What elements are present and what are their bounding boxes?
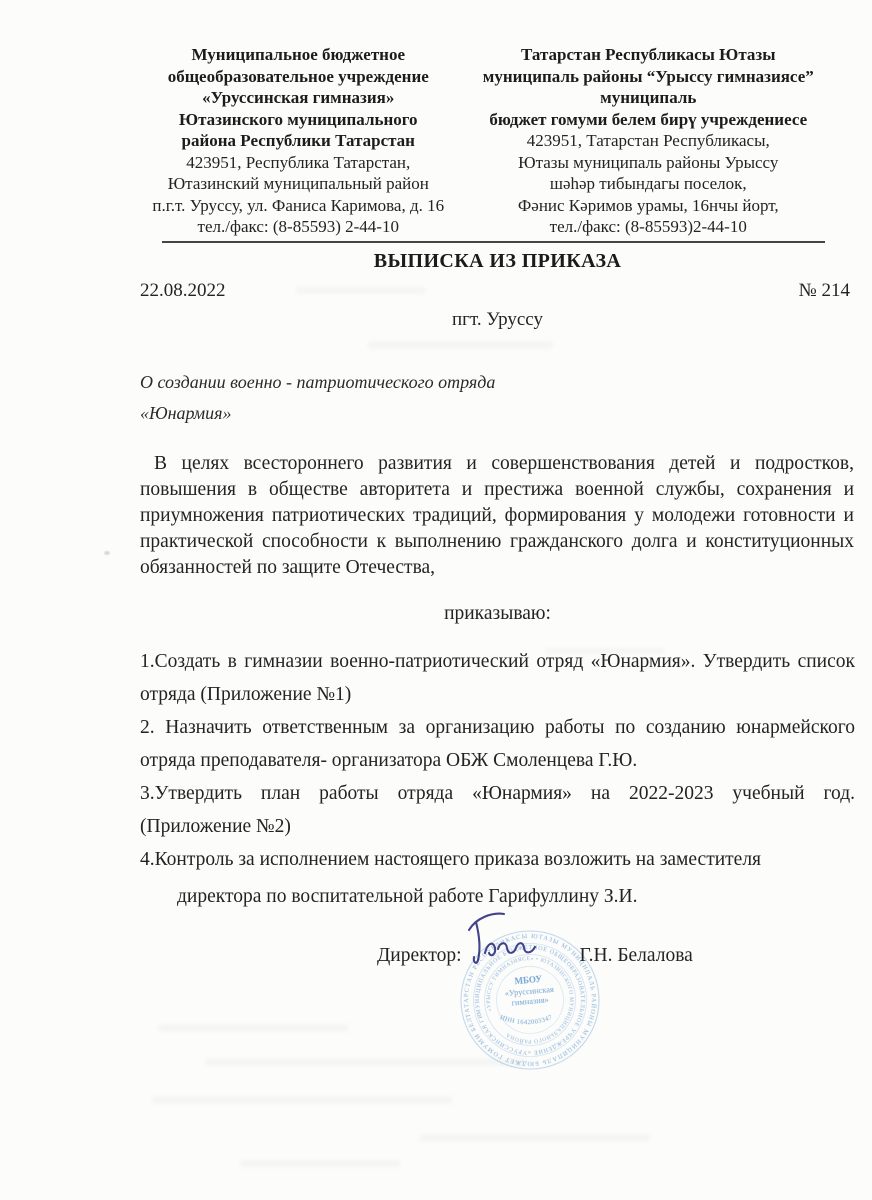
handwritten-signature xyxy=(452,908,552,974)
bleed-through-mark xyxy=(152,1096,452,1104)
bleed-through-mark xyxy=(158,1024,348,1032)
org-name-tt-line: муниципаль xyxy=(451,87,846,109)
bleed-through-mark xyxy=(420,1134,650,1142)
stamp-center-line3: гимназия» xyxy=(511,995,549,1007)
org-address-tt-line: Фәнис Кәримов урамы, 16нчы йорт, xyxy=(451,195,846,217)
order-subject-line2: «Юнармия» xyxy=(140,398,612,429)
order-place: пгт. Уруссу xyxy=(140,309,855,331)
org-name-tt-line: бюджет гомуми белем бирү учреждениесе xyxy=(451,109,846,131)
decree-word: приказываю: xyxy=(140,603,855,625)
order-items: 1.Создать в гимназии военно-патриотическ… xyxy=(0,645,872,913)
stamp-center-line1: МБОУ xyxy=(514,974,543,986)
org-address-ru-line: п.г.т. Уруссу, ул. Фаниса Каримова, д. 1… xyxy=(146,195,451,217)
org-name-ru-line: Муниципальное бюджетное xyxy=(146,44,451,66)
stamp-inn-text: ИНН 1642003347 xyxy=(498,1010,554,1029)
org-name-tt-line: муниципаль районы “Урыссу гимназиясе” xyxy=(451,66,846,88)
signature-stroke xyxy=(498,943,535,953)
org-address-ru-line: 423951, Республика Татарстан, xyxy=(146,152,451,174)
order-preamble: В целях всестороннего развития и соверше… xyxy=(140,451,854,581)
order-item-1: 1.Создать в гимназии военно-патриотическ… xyxy=(140,645,855,711)
order-item-2: 2. Назначить ответственным за организаци… xyxy=(140,711,855,777)
svg-text:ИНН 1642003347: ИНН 1642003347 xyxy=(498,1010,554,1029)
bleed-through-mark xyxy=(240,1160,400,1167)
bleed-through-mark xyxy=(545,648,665,654)
order-meta-row: 22.08.2022 № 214 xyxy=(140,280,850,302)
org-name-ru-line: района Республики Татарстан xyxy=(146,130,451,152)
order-item-3: 3.Утвердить план работы отряда «Юнармия»… xyxy=(140,777,855,843)
letterhead-divider-line xyxy=(162,241,825,243)
signature-name: Г.Н. Белалова xyxy=(580,945,693,966)
org-address-ru-line: Ютазинский муниципальный район xyxy=(146,173,451,195)
org-phone-tt: тел./факс: (8-85593)2-44-10 xyxy=(451,216,846,238)
order-subject: О создании военно - патриотического отря… xyxy=(140,367,612,429)
order-date: 22.08.2022 xyxy=(140,280,226,302)
org-address-tt-line: Ютазы муниципаль районы Урыссу xyxy=(451,152,846,174)
signature-role-label: Директор: xyxy=(377,945,462,966)
org-address-tt-line: 423951, Татарстан Республикасы, xyxy=(451,130,846,152)
letterhead-left-column: Муниципальное бюджетное общеобразователь… xyxy=(146,44,451,238)
scanned-order-document: Муниципальное бюджетное общеобразователь… xyxy=(0,0,872,1200)
org-phone-ru: тел./факс: (8-85593) 2-44-10 xyxy=(146,216,451,238)
org-name-ru-line: Ютазинского муниципального xyxy=(146,109,451,131)
letterhead: Муниципальное бюджетное общеобразователь… xyxy=(0,0,872,238)
order-subject-line1: О создании военно - патриотического отря… xyxy=(140,367,612,398)
signature-stroke xyxy=(485,944,495,956)
letterhead-right-column: Татарстан Республикасы Ютазы муниципаль … xyxy=(451,44,846,238)
signature-stroke xyxy=(474,922,480,963)
bleed-through-mark xyxy=(296,287,426,294)
org-address-tt-line: шәһәр тибындагы поселок, xyxy=(451,173,846,195)
scan-speck xyxy=(104,551,110,555)
bleed-through-mark xyxy=(368,341,553,349)
org-name-ru-line: общеобразовательное учреждение xyxy=(146,66,451,88)
signature-stroke xyxy=(469,914,504,930)
org-name-tt-line: Татарстан Республикасы Ютазы xyxy=(451,44,846,66)
org-name-ru-line: «Уруссинская гимназия» xyxy=(146,87,451,109)
document-title: ВЫПИСКА ИЗ ПРИКАЗА xyxy=(140,250,855,273)
order-item-4: 4.Контроль за исполнением настоящего при… xyxy=(140,843,855,876)
order-number: № 214 xyxy=(799,280,850,302)
